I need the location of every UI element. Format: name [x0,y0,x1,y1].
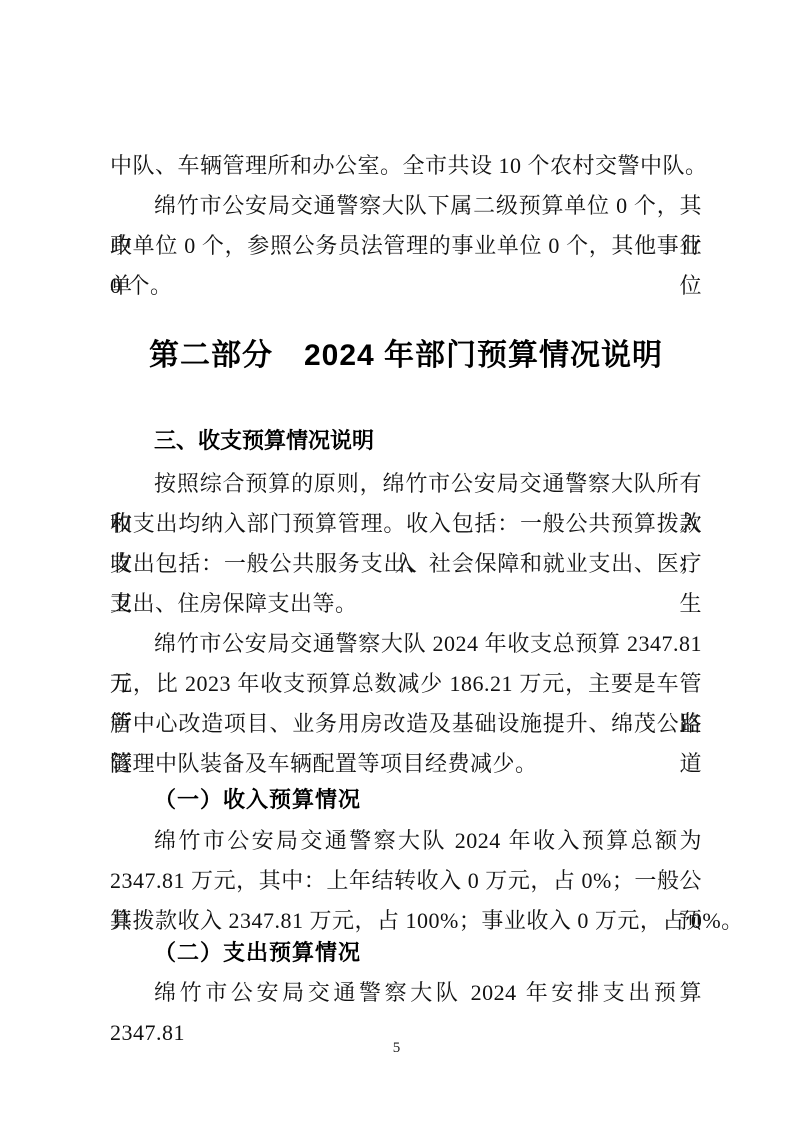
body-line: 绵竹市公安局交通警察大队 2024 年安排支出预算 2347.81 [110,973,702,1013]
body-line: 支出包括：一般公共服务支出、社会保障和就业支出、医疗卫生 [110,544,702,584]
expense-heading: （二）支出预算情况 [110,933,702,973]
page-number: 5 [0,1038,793,1058]
body-line: 绵竹市公安局交通警察大队 2024 年收支总预算 2347.81 万 [110,624,702,664]
body-line: 按照综合预算的原则，绵竹市公安局交通警察大队所有收入 [110,464,702,504]
body-line: 元，比 2023 年收支预算总数减少 186.21 万元，主要是车管所监 [110,664,702,704]
body-line: 2347.81 万元，其中：上年结转收入 0 万元，占 0%；一般公共预 [110,861,702,901]
body-line: 和支出均纳入部门预算管理。收入包括：一般公共预算拨款收入； [110,504,702,544]
continuation-paragraph: 中队、车辆管理所和办公室。全市共设 10 个农村交警中队。 [110,146,702,186]
document-page: 中队、车辆管理所和办公室。全市共设 10 个农村交警中队。 绵竹市公安局交通警察… [0,0,793,1122]
budget-overview-paragraph: 按照综合预算的原则，绵竹市公安局交通警察大队所有收入 和支出均纳入部门预算管理。… [110,464,702,624]
income-paragraph: 绵竹市公安局交通警察大队 2024 年收入预算总额为 2347.81 万元，其中… [110,821,702,941]
body-line: 绵竹市公安局交通警察大队下属二级预算单位 0 个，其中行 [110,186,702,226]
income-heading: （一）收入预算情况 [110,780,702,820]
org-units-paragraph: 绵竹市公安局交通警察大队下属二级预算单位 0 个，其中行 政单位 0 个，参照公… [110,186,702,306]
budget-change-paragraph: 绵竹市公安局交通警察大队 2024 年收支总预算 2347.81 万 元，比 2… [110,624,702,784]
part-title: 第二部分 2024 年部门预算情况说明 [110,334,702,378]
body-line: 政单位 0 个，参照公务员法管理的事业单位 0 个，其他事业单位 [110,226,702,266]
section-heading: 三、收支预算情况说明 [110,421,702,461]
body-line: 管中心改造项目、业务用房改造及基础设施提升、绵茂公路隧道 [110,704,702,744]
expense-paragraph: 绵竹市公安局交通警察大队 2024 年安排支出预算 2347.81 [110,973,702,1013]
body-line: 中队、车辆管理所和办公室。全市共设 10 个农村交警中队。 [110,146,702,186]
body-line: 绵竹市公安局交通警察大队 2024 年收入预算总额为 [110,821,702,861]
